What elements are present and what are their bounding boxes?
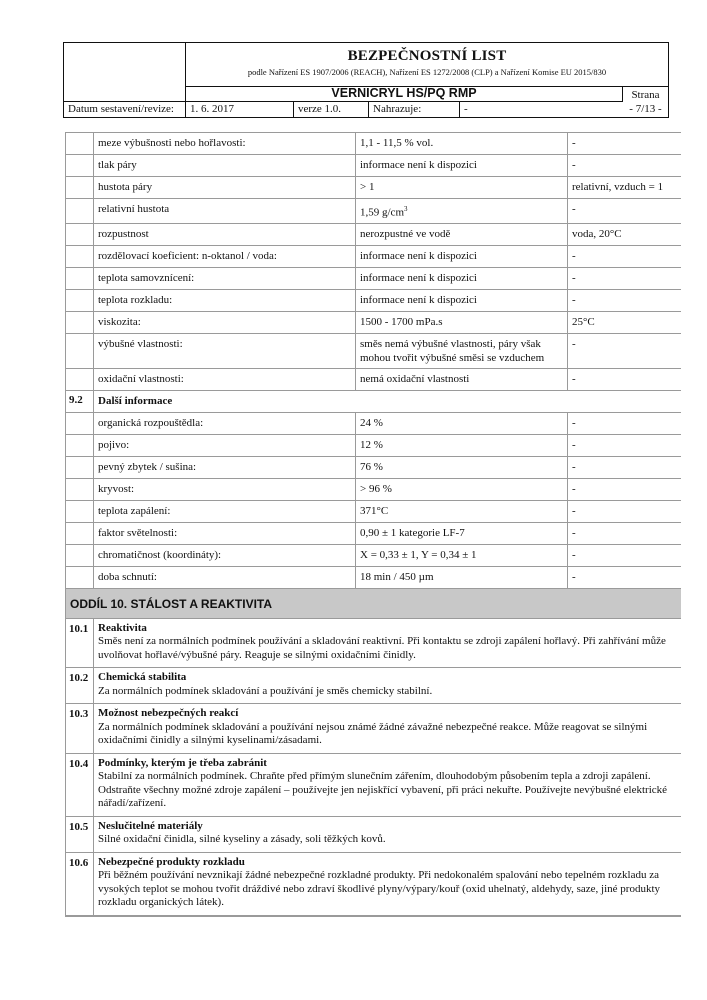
date-label: Datum sestavení/revize: bbox=[64, 102, 186, 117]
table-row: oxidační vlastnosti:nemá oxidační vlastn… bbox=[66, 368, 681, 390]
document-title: BEZPEČNOSTNÍ LIST bbox=[186, 48, 668, 65]
item-number: 10.6 bbox=[66, 853, 94, 915]
property-note: - bbox=[568, 501, 681, 522]
property-note: 25°C bbox=[568, 312, 681, 333]
table-row: rozpustnostnerozpustné ve voděvoda, 20°C bbox=[66, 223, 681, 245]
section-item: 10.3Možnost nebezpečných reakcíZa normál… bbox=[66, 703, 681, 753]
property-note: - bbox=[568, 155, 681, 176]
item-heading: Podmínky, kterým je třeba zabránit bbox=[98, 757, 677, 771]
row-number-cell bbox=[66, 523, 94, 544]
table-row: teplota zapálení:371°C- bbox=[66, 500, 681, 522]
property-value: informace není k dispozici bbox=[356, 268, 568, 289]
property-value: > 1 bbox=[356, 177, 568, 198]
item-body: Neslučitelné materiálySilné oxidační čin… bbox=[94, 817, 681, 852]
row-number-cell bbox=[66, 246, 94, 267]
property-label: relativní hustota bbox=[94, 199, 356, 223]
property-label: teplota rozkladu: bbox=[94, 290, 356, 311]
property-label: pevný zbytek / sušina: bbox=[94, 457, 356, 478]
property-value: 0,90 ± 1 kategorie LF-7 bbox=[356, 523, 568, 544]
property-label: organická rozpouštědla: bbox=[94, 413, 356, 434]
section-item: 10.2Chemická stabilitaZa normálních podm… bbox=[66, 667, 681, 703]
item-body: Nebezpečné produkty rozkladuPři běžném p… bbox=[94, 853, 681, 915]
section-number: 9.2 bbox=[66, 391, 94, 412]
page-indicator: Strana - 7/13 - bbox=[623, 86, 668, 117]
property-value: nerozpustné ve vodě bbox=[356, 224, 568, 245]
row-number-cell bbox=[66, 369, 94, 390]
table-row: výbušné vlastnosti:směs nemá výbušné vla… bbox=[66, 333, 681, 368]
item-heading: Možnost nebezpečných reakcí bbox=[98, 707, 677, 721]
table-row: tlak páryinformace není k dispozici- bbox=[66, 154, 681, 176]
table-row: meze výbušnosti nebo hořlavosti:1,1 - 11… bbox=[66, 132, 681, 154]
date-value: 1. 6. 2017 bbox=[186, 102, 294, 117]
item-body: Chemická stabilitaZa normálních podmínek… bbox=[94, 668, 681, 703]
row-number-cell bbox=[66, 435, 94, 456]
property-label: výbušné vlastnosti: bbox=[94, 334, 356, 368]
item-number: 10.4 bbox=[66, 754, 94, 816]
row-number-cell bbox=[66, 413, 94, 434]
product-name: VERNICRYL HS/PQ RMP bbox=[186, 86, 623, 101]
property-note: - bbox=[568, 435, 681, 456]
row-number-cell bbox=[66, 545, 94, 566]
property-note: - bbox=[568, 334, 681, 368]
properties-table: meze výbušnosti nebo hořlavosti:1,1 - 11… bbox=[66, 132, 681, 390]
property-note: - bbox=[568, 457, 681, 478]
table-row: rozdělovací koeficient: n-oktanol / voda… bbox=[66, 245, 681, 267]
row-number-cell bbox=[66, 133, 94, 154]
table-row: faktor světelnosti:0,90 ± 1 kategorie LF… bbox=[66, 522, 681, 544]
section-10-items: 10.1ReaktivitaSměs není za normálních po… bbox=[66, 618, 681, 915]
row-number-cell bbox=[66, 567, 94, 588]
section-10-header: ODDÍL 10. STÁLOST A REAKTIVITA bbox=[66, 588, 681, 618]
item-text: Za normálních podmínek skladování a použ… bbox=[98, 721, 677, 748]
item-heading: Reaktivita bbox=[98, 622, 677, 636]
table-row: teplota rozkladu:informace není k dispoz… bbox=[66, 289, 681, 311]
property-note: - bbox=[568, 133, 681, 154]
sds-content-table: meze výbušnosti nebo hořlavosti:1,1 - 11… bbox=[65, 132, 681, 917]
table-row: relativní hustota1,59 g/cm3- bbox=[66, 198, 681, 223]
property-note: - bbox=[568, 246, 681, 267]
property-value: 76 % bbox=[356, 457, 568, 478]
property-value: X = 0,33 ± 1, Y = 0,34 ± 1 bbox=[356, 545, 568, 566]
property-value: 24 % bbox=[356, 413, 568, 434]
property-value: > 96 % bbox=[356, 479, 568, 500]
row-number-cell bbox=[66, 199, 94, 223]
table-row: kryvost:> 96 %- bbox=[66, 478, 681, 500]
property-value: 1500 - 1700 mPa.s bbox=[356, 312, 568, 333]
property-note: - bbox=[568, 268, 681, 289]
item-text: Silné oxidační činidla, silné kyseliny a… bbox=[98, 833, 677, 847]
property-note: voda, 20°C bbox=[568, 224, 681, 245]
property-label: kryvost: bbox=[94, 479, 356, 500]
property-value: 1,59 g/cm3 bbox=[356, 199, 568, 223]
section-item: 10.5Neslučitelné materiálySilné oxidační… bbox=[66, 816, 681, 852]
table-row: viskozita:1500 - 1700 mPa.s25°C bbox=[66, 311, 681, 333]
logo-cell bbox=[64, 43, 186, 101]
item-number: 10.1 bbox=[66, 619, 94, 668]
property-label: meze výbušnosti nebo hořlavosti: bbox=[94, 133, 356, 154]
version: verze 1.0. bbox=[294, 102, 369, 117]
property-label: teplota zapálení: bbox=[94, 501, 356, 522]
item-heading: Chemická stabilita bbox=[98, 671, 677, 685]
property-label: oxidační vlastnosti: bbox=[94, 369, 356, 390]
page-label: Strana bbox=[623, 88, 668, 102]
property-value: informace není k dispozici bbox=[356, 246, 568, 267]
item-text: Za normálních podmínek skladování a použ… bbox=[98, 685, 677, 699]
row-number-cell bbox=[66, 479, 94, 500]
item-heading: Neslučitelné materiály bbox=[98, 820, 677, 834]
item-text: Při běžném používání nevznikají žádné ne… bbox=[98, 869, 677, 910]
property-note: - bbox=[568, 290, 681, 311]
table-row: pojivo:12 %- bbox=[66, 434, 681, 456]
item-body: Možnost nebezpečných reakcíZa normálních… bbox=[94, 704, 681, 753]
property-value: směs nemá výbušné vlastnosti, páry však … bbox=[356, 334, 568, 368]
property-value: informace není k dispozici bbox=[356, 290, 568, 311]
table-row: organická rozpouštědla:24 %- bbox=[66, 412, 681, 434]
row-number-cell bbox=[66, 457, 94, 478]
row-number-cell bbox=[66, 268, 94, 289]
superscript: 3 bbox=[404, 205, 408, 213]
property-note: - bbox=[568, 413, 681, 434]
item-text: Stabilní za normálních podmínek. Chraňte… bbox=[98, 770, 677, 811]
replaces-value: - bbox=[460, 102, 623, 117]
item-heading: Nebezpečné produkty rozkladu bbox=[98, 856, 677, 870]
property-label: teplota samovznícení: bbox=[94, 268, 356, 289]
row-number-cell bbox=[66, 290, 94, 311]
page-number: - 7/13 - bbox=[623, 102, 668, 116]
table-row: teplota samovznícení:informace není k di… bbox=[66, 267, 681, 289]
section-item: 10.6Nebezpečné produkty rozkladuPři běžn… bbox=[66, 852, 681, 915]
row-number-cell bbox=[66, 155, 94, 176]
property-label: tlak páry bbox=[94, 155, 356, 176]
item-body: ReaktivitaSměs není za normálních podmín… bbox=[94, 619, 681, 668]
property-note: - bbox=[568, 523, 681, 544]
row-number-cell bbox=[66, 224, 94, 245]
property-value: informace není k dispozici bbox=[356, 155, 568, 176]
property-value: nemá oxidační vlastnosti bbox=[356, 369, 568, 390]
section-title: Další informace bbox=[94, 391, 681, 412]
row-number-cell bbox=[66, 177, 94, 198]
property-label: faktor světelnosti: bbox=[94, 523, 356, 544]
table-row: hustota páry> 1relativní, vzduch = 1 bbox=[66, 176, 681, 198]
property-label: hustota páry bbox=[94, 177, 356, 198]
property-value: 1,1 - 11,5 % vol. bbox=[356, 133, 568, 154]
item-number: 10.2 bbox=[66, 668, 94, 703]
item-text: Směs není za normálních podmínek používá… bbox=[98, 635, 677, 662]
property-note: - bbox=[568, 479, 681, 500]
property-value: 371°C bbox=[356, 501, 568, 522]
table-row: chromatičnost (koordináty):X = 0,33 ± 1,… bbox=[66, 544, 681, 566]
row-number-cell bbox=[66, 312, 94, 333]
document-subtitle: podle Nařízení ES 1907/2006 (REACH), Nař… bbox=[186, 67, 668, 77]
property-note: - bbox=[568, 369, 681, 390]
section-9-2-header: 9.2 Další informace bbox=[66, 390, 681, 412]
table-row: doba schnutí:18 min / 450 µm- bbox=[66, 566, 681, 588]
item-number: 10.3 bbox=[66, 704, 94, 753]
item-body: Podmínky, kterým je třeba zabránitStabil… bbox=[94, 754, 681, 816]
property-label: rozpustnost bbox=[94, 224, 356, 245]
property-label: pojivo: bbox=[94, 435, 356, 456]
replaces-label: Nahrazuje: bbox=[369, 102, 460, 117]
property-note: - bbox=[568, 199, 681, 223]
revision-row: Datum sestavení/revize: 1. 6. 2017 verze… bbox=[64, 101, 623, 117]
property-label: viskozita: bbox=[94, 312, 356, 333]
property-label: rozdělovací koeficient: n-oktanol / voda… bbox=[94, 246, 356, 267]
property-label: doba schnutí: bbox=[94, 567, 356, 588]
section-item: 10.1ReaktivitaSměs není za normálních po… bbox=[66, 618, 681, 668]
document-header: BEZPEČNOSTNÍ LIST podle Nařízení ES 1907… bbox=[63, 42, 669, 118]
property-value: 12 % bbox=[356, 435, 568, 456]
row-number-cell bbox=[66, 501, 94, 522]
row-number-cell bbox=[66, 334, 94, 368]
property-value: 18 min / 450 µm bbox=[356, 567, 568, 588]
property-note: relativní, vzduch = 1 bbox=[568, 177, 681, 198]
table-row: pevný zbytek / sušina:76 %- bbox=[66, 456, 681, 478]
item-number: 10.5 bbox=[66, 817, 94, 852]
title-cell: BEZPEČNOSTNÍ LIST podle Nařízení ES 1907… bbox=[186, 43, 668, 87]
property-note: - bbox=[568, 567, 681, 588]
section-item: 10.4Podmínky, kterým je třeba zabránitSt… bbox=[66, 753, 681, 816]
property-note: - bbox=[568, 545, 681, 566]
additional-info-table: organická rozpouštědla:24 %-pojivo:12 %-… bbox=[66, 412, 681, 588]
property-label: chromatičnost (koordináty): bbox=[94, 545, 356, 566]
